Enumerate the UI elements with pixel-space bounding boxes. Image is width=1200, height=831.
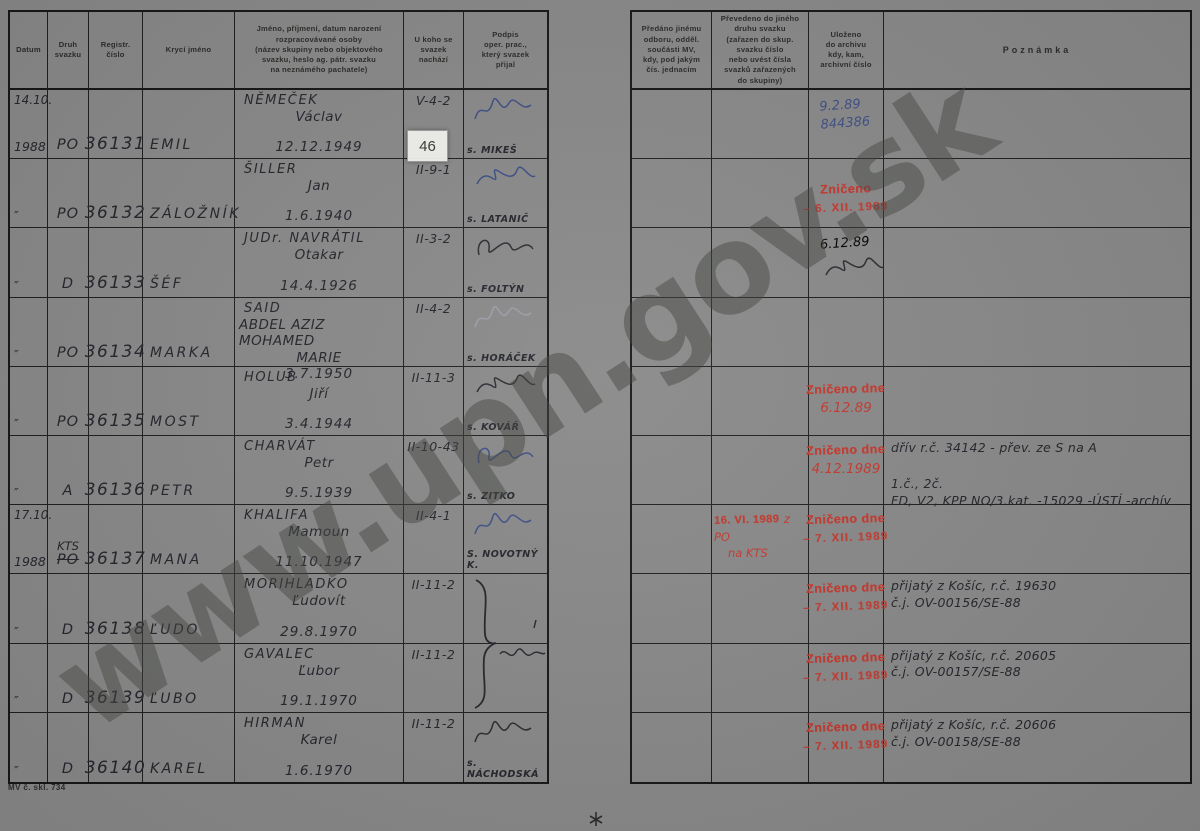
note-line: přijatý z Košíc, r.č. 20605 — [891, 648, 1188, 665]
date-stamp: – 7. XII. 1989 — [803, 600, 889, 615]
znicено-stamp: Zničeno dne — [806, 580, 885, 596]
cell-poznamka: přijatý z Košíc, r.č. 20605č.j. OV-00157… — [884, 644, 1190, 713]
signature-name: S. NOVOTNÝ K. — [467, 549, 547, 571]
cell-jmeno: HOLUBJiří3.4.1944 — [235, 367, 404, 436]
cell-podpis: s. FOLTÝN — [464, 228, 547, 297]
cell-druh-svazku: D — [48, 713, 89, 782]
cell-kryci-jmeno: MARKA — [143, 298, 235, 367]
cell-datum: ″ — [10, 644, 48, 713]
cell-jmeno: KHALIFAMamoun11.10.1947 — [235, 505, 404, 574]
cell-kryci-jmeno: ZÁLOŽNÍK — [143, 159, 235, 228]
cell-druh-svazku: PO — [48, 90, 89, 159]
cell-datum: 14.10.1988 — [10, 90, 48, 159]
cell-predano — [632, 644, 712, 713]
cell-druh-svazku: D — [48, 228, 89, 297]
cell-jmeno: HIRMANKarel1.6.1970 — [235, 713, 404, 782]
znicено-stamp: Zničeno dne — [806, 381, 885, 397]
cell-kryci-jmeno: EMIL — [143, 90, 235, 159]
cell-u-koho: II-9-1 — [404, 159, 464, 228]
cell-podpis: S. NOVOTNÝ K. — [464, 505, 547, 574]
cell-poznamka: přijatý z Košíc, r.č. 20606č.j. OV-00158… — [884, 713, 1190, 782]
cell-registr-cislo: 36131 — [89, 90, 143, 159]
cell-poznamka — [884, 159, 1190, 228]
cell-kryci-jmeno: ŠÉF — [143, 228, 235, 297]
cell-podpis: s. LATANIČ — [464, 159, 547, 228]
cell-registr-cislo: 36139 — [89, 644, 143, 713]
cell-predano — [632, 367, 712, 436]
cell-predano — [632, 713, 712, 782]
cell-registr-cislo: 36138 — [89, 574, 143, 643]
cell-ulozeno — [809, 298, 884, 367]
note-line: č.j. OV-00158/SE-88 — [891, 734, 1188, 751]
header-jmeno-prijmeni: Jméno, příjmení, datum narození rozpraco… — [235, 12, 404, 90]
cell-poznamka — [884, 367, 1190, 436]
cell-prevedeno — [712, 298, 809, 367]
header-prevedeno: Převedeno do jiného druhu svazku (zařaze… — [712, 12, 809, 90]
cell-datum: ″ — [10, 574, 48, 643]
cell-registr-cislo: 36135 — [89, 367, 143, 436]
ink-smudge-mark — [588, 810, 604, 831]
znicено-stamp: Zničeno — [820, 182, 872, 197]
cell-poznamka — [884, 90, 1190, 159]
cell-predano — [632, 574, 712, 643]
cell-registr-cislo: 36134 — [89, 298, 143, 367]
cell-kryci-jmeno: MANA — [143, 505, 235, 574]
cell-ulozeno: 9.2.89844386 — [809, 90, 884, 159]
cell-jmeno: SAIDABDEL AZIZ MOHAMEDMARIE3.7.1950 — [235, 298, 404, 367]
date-stamp: – 7. XII. 1989 — [803, 738, 889, 753]
cell-prevedeno: 16. VI. 1989 z POna KTS — [712, 505, 809, 574]
cell-kryci-jmeno: PETR — [143, 436, 235, 505]
note-line: 1.č., 2č. — [891, 476, 1188, 493]
cell-jmeno: CHARVÁTPetr9.5.1939 — [235, 436, 404, 505]
cell-druh-svazku: D — [48, 574, 89, 643]
cell-registr-cislo: 36136 — [89, 436, 143, 505]
cell-u-koho: II-11-3 — [404, 367, 464, 436]
signature-name: s. MIKEŠ — [467, 145, 517, 156]
signature-name: s. LATANIČ — [467, 214, 529, 225]
cell-kryci-jmeno: ĽUDO — [143, 574, 235, 643]
cell-poznamka: dřív r.č. 34142 - přev. ze S na A1.č., 2… — [884, 436, 1190, 505]
registry-table-right: Předáno jinému odboru, odděl. součásti M… — [630, 10, 1192, 784]
cell-druh-svazku: PO — [48, 367, 89, 436]
cell-predano — [632, 436, 712, 505]
registry-scan: DatumDruh svazkuRegistr. čísloKrycí jmén… — [0, 0, 1200, 831]
date-stamp: – 7. XII. 1989 — [803, 531, 889, 546]
date-stamp: – 7. XII. 1989 — [803, 669, 889, 684]
cell-jmeno: JUDr. NAVRÁTILOtakar14.4.1926 — [235, 228, 404, 297]
cell-datum: ″ — [10, 159, 48, 228]
znicено-stamp: Zničeno dne — [806, 719, 885, 735]
cell-predano — [632, 90, 712, 159]
cell-ulozeno: Zničeno dne– 7. XII. 1989 — [809, 644, 884, 713]
cell-predano — [632, 228, 712, 297]
signature-name: s. KOVÁŘ — [467, 422, 519, 433]
cell-druh-svazku: PO — [48, 159, 89, 228]
cell-datum: ″ — [10, 436, 48, 505]
cell-predano — [632, 505, 712, 574]
cell-jmeno: GAVALECĽubor19.1.1970 — [235, 644, 404, 713]
cell-ulozeno: Zničeno dne4.12.1989 — [809, 436, 884, 505]
cell-poznamka: přijatý z Košíc, r.č. 19630č.j. OV-00156… — [884, 574, 1190, 643]
cell-jmeno: NĚMEČEKVáclav12.12.1949 — [235, 90, 404, 159]
cell-ulozeno: Zničeno dne– 7. XII. 1989 — [809, 505, 884, 574]
handwritten-archive-note: 6.12.89 — [819, 234, 870, 255]
cell-prevedeno — [712, 159, 809, 228]
header-registr-cislo: Registr. číslo — [89, 12, 143, 90]
signature-name: s. FOLTÝN — [467, 284, 524, 295]
cell-datum: ″ — [10, 713, 48, 782]
signature-brace — [466, 576, 546, 717]
znicено-stamp: Zničeno dne — [806, 511, 885, 527]
cell-jmeno: ŠILLERJan1.6.1940 — [235, 159, 404, 228]
cell-prevedeno — [712, 436, 809, 505]
form-number-footer: MV č. skl. 734 — [8, 783, 66, 792]
date-stamp: 16. VI. 1989 — [714, 513, 780, 527]
handwritten-date-red: 4.12.1989 — [812, 461, 881, 477]
cell-u-koho: II-11-2 — [404, 574, 464, 643]
cell-datum: ″ — [10, 228, 48, 297]
cell-registr-cislo: 36133 — [89, 228, 143, 297]
note-line: č.j. OV-00157/SE-88 — [891, 664, 1188, 681]
cell-registr-cislo: 36132 — [89, 159, 143, 228]
cell-kryci-jmeno: ĽUBO — [143, 644, 235, 713]
cell-podpis: s. MIKEŠ — [464, 90, 547, 159]
note-line: dřív r.č. 34142 - přev. ze S na A — [891, 440, 1188, 457]
header-datum: Datum — [10, 12, 48, 90]
note-line: č.j. OV-00156/SE-88 — [891, 595, 1188, 612]
cell-prevedeno — [712, 574, 809, 643]
handwritten-archive-note: 9.2.89844386 — [819, 95, 871, 133]
note-line: přijatý z Košíc, r.č. 19630 — [891, 578, 1188, 595]
page-number-badge: 46 — [407, 130, 448, 162]
cell-u-koho: II-4-1 — [404, 505, 464, 574]
cell-prevedeno — [712, 367, 809, 436]
date-stamp: – 6. XII. 1989 — [803, 201, 889, 216]
cell-druh-svazku: KTSPO — [48, 505, 89, 574]
cell-ulozeno: Zničeno dne– 7. XII. 1989 — [809, 713, 884, 782]
signature-scribble — [820, 253, 888, 294]
cell-kryci-jmeno: MOST — [143, 367, 235, 436]
cell-registr-cislo: 36137 — [89, 505, 143, 574]
cell-kryci-jmeno: KAREL — [143, 713, 235, 782]
cell-prevedeno — [712, 644, 809, 713]
cell-u-koho: II-11-2 — [404, 713, 464, 782]
cell-datum: 17.10.1988 — [10, 505, 48, 574]
cell-poznamka — [884, 505, 1190, 574]
handwritten-date-red: 6.12.89 — [820, 400, 872, 416]
signature-name: s. HORÁČEK — [467, 353, 536, 364]
cell-u-koho: II-11-2 — [404, 644, 464, 713]
cell-podpis: s. HORÁČEK — [464, 298, 547, 367]
cell-poznamka — [884, 298, 1190, 367]
cell-poznamka — [884, 228, 1190, 297]
header-u-koho: U koho se svazek nachází — [404, 12, 464, 90]
cell-prevedeno — [712, 90, 809, 159]
cell-u-koho: II-3-2 — [404, 228, 464, 297]
note-line: přijatý z Košíc, r.č. 20606 — [891, 717, 1188, 734]
signature-name: s. ZITKO — [467, 491, 515, 502]
header-poznamka: Poznámka — [884, 12, 1190, 90]
cell-ulozeno: Zničeno– 6. XII. 1989 — [809, 159, 884, 228]
cell-podpis: s. NÁCHODSKÁ — [464, 713, 547, 782]
cell-u-koho: II-4-2 — [404, 298, 464, 367]
page-number-text: 46 — [419, 138, 436, 155]
cell-datum: ″ — [10, 367, 48, 436]
cell-ulozeno: Zničeno dne– 7. XII. 1989 — [809, 574, 884, 643]
handwritten-note-red: na KTS — [714, 546, 808, 560]
signature-name: s. NÁCHODSKÁ — [467, 758, 547, 780]
cell-ulozeno: Zničeno dne6.12.89 — [809, 367, 884, 436]
cell-predano — [632, 298, 712, 367]
cell-prevedeno — [712, 713, 809, 782]
znicено-stamp: Zničeno dne — [806, 442, 885, 458]
header-ulozeno: Uloženo do archivu kdy, kam, archivní čí… — [809, 12, 884, 90]
cell-druh-svazku: D — [48, 644, 89, 713]
cell-predano — [632, 159, 712, 228]
cell-datum: ″ — [10, 298, 48, 367]
cell-prevedeno — [712, 228, 809, 297]
cell-registr-cislo: 36140 — [89, 713, 143, 782]
header-kryci-jmeno: Krycí jméno — [143, 12, 235, 90]
cell-podpis: s. ZITKO — [464, 436, 547, 505]
cell-druh-svazku: PO — [48, 298, 89, 367]
cell-druh-svazku: A — [48, 436, 89, 505]
header-predano: Předáno jinému odboru, odděl. součásti M… — [632, 12, 712, 90]
cell-jmeno: MORIHLADKOĽudovít29.8.1970 — [235, 574, 404, 643]
header-druh-svazku: Druh svazku — [48, 12, 89, 90]
znicено-stamp: Zničeno dne — [806, 649, 885, 665]
header-podpis: Podpis oper. prac., který svazek přijal — [464, 12, 547, 90]
cell-podpis: s. KOVÁŘ — [464, 367, 547, 436]
cell-u-koho: II-10-43 — [404, 436, 464, 505]
cell-ulozeno: 6.12.89 — [809, 228, 884, 297]
